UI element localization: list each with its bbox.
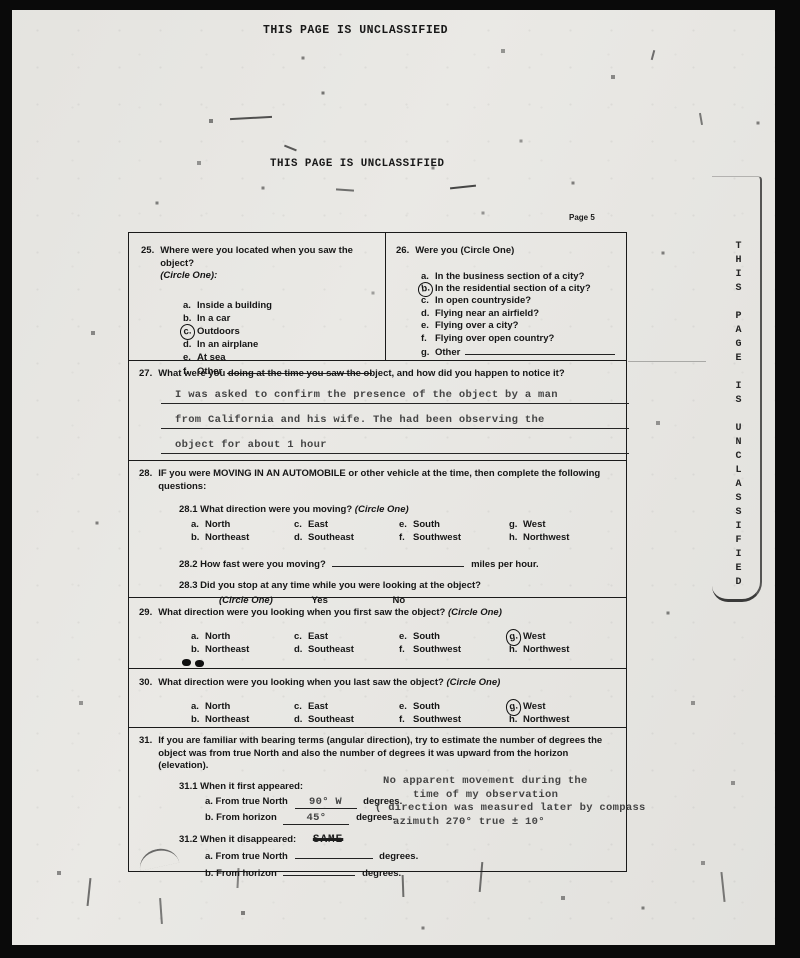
blank-line: [332, 557, 464, 567]
option-letter: a.: [421, 271, 435, 283]
option-label: Flying over open country?: [435, 333, 554, 344]
question-number: 31.2: [179, 834, 198, 845]
blank-line: [283, 866, 355, 876]
option-row: f.Southwest: [399, 531, 509, 545]
question-text: What direction were you looking when you…: [158, 677, 444, 688]
option-row: f.Southwest: [399, 713, 509, 727]
question-31-2: 31.2 When it disappeared: SAME: [179, 834, 618, 847]
question-number: 27.: [139, 368, 152, 381]
question-number: 28.3: [179, 580, 198, 591]
question-26-options: a.In the business section of a city? b.I…: [421, 271, 622, 360]
option-row: b.Northeast: [191, 713, 294, 727]
scanned-document-page: THIS PAGE IS UNCLASSIFIED THIS PAGE IS U…: [0, 0, 800, 958]
classification-header-top: THIS PAGE IS UNCLASSIFIED: [263, 25, 448, 37]
question-31: 31. If you are familiar with bearing ter…: [129, 728, 626, 873]
question-30: 30. What direction were you looking when…: [129, 669, 626, 728]
scan-border-bottom: [0, 945, 800, 958]
option-row: b.Northeast: [191, 531, 294, 545]
question-text: What were you doing at the time you saw …: [158, 368, 564, 379]
direction-options-29: a.North c.East e.South g.West b.Northeas…: [191, 630, 618, 657]
question-number: 28.: [139, 468, 152, 493]
question-number: 31.1: [179, 781, 198, 792]
option-letter: d.: [421, 308, 435, 320]
option-row: g.West: [509, 518, 618, 532]
scan-artifact: [182, 659, 191, 666]
option-letter: c.: [421, 295, 435, 307]
option-row: a.North: [191, 630, 294, 644]
question-27-answer: I was asked to confirm the presence of t…: [161, 381, 618, 454]
question-number: 31.: [139, 735, 152, 773]
option-row: d.In an airplane: [183, 338, 381, 351]
question-number: 25.: [141, 245, 154, 283]
option-label: Inside a building: [197, 300, 272, 311]
typed-answer-line: I was asked to confirm the presence of t…: [161, 381, 629, 404]
option-row: e.South: [399, 518, 509, 532]
classification-header-mid: THIS PAGE IS UNCLASSIFIED: [270, 158, 444, 170]
option-letter: e.: [421, 320, 435, 332]
option-label: In the residential section of a city?: [435, 283, 591, 294]
option-row: a.In the business section of a city?: [421, 271, 622, 283]
question-number: 28.1: [179, 504, 198, 515]
question-text: If you are familiar with bearing terms (…: [158, 735, 602, 771]
field-label: a. From true North: [205, 851, 288, 862]
typed-note-line: ( direction was measured later by compas…: [375, 802, 646, 816]
question-27: 27. What were you doing at the time you …: [129, 361, 626, 461]
option-row: d.Southeast: [294, 643, 399, 657]
question-number: 28.2: [179, 559, 198, 570]
scan-artifact: [628, 361, 706, 362]
option-row: c.In open countryside?: [421, 295, 622, 307]
circle-one-instruction: (Circle One): [448, 607, 502, 618]
scan-artifact: [195, 660, 204, 667]
typed-text: from California and his wife. The had be…: [175, 414, 545, 427]
option-row: d.Southeast: [294, 713, 399, 727]
typed-note-line: azimuth 270° true ± 10°: [393, 816, 646, 830]
option-row: c.Outdoors: [183, 325, 381, 338]
question-text: Were you (Circle One): [415, 245, 514, 256]
field-suffix: degrees.: [362, 868, 401, 879]
questionnaire-form: 25. Where were you located when you saw …: [128, 232, 627, 872]
typed-text: I was asked to confirm the presence of t…: [175, 389, 558, 402]
bearing-field-last-north: a. From true North degrees.: [205, 849, 618, 864]
option-letter: a.: [183, 299, 197, 312]
field-suffix: degrees.: [379, 851, 418, 862]
option-label: In an airplane: [197, 339, 258, 350]
option-row: a.North: [191, 518, 294, 532]
question-28: 28. IF you were MOVING IN AN AUTOMOBILE …: [129, 461, 626, 598]
typed-answer-line: object for about 1 hour: [161, 429, 629, 454]
question-29: 29. What direction were you looking when…: [129, 598, 626, 669]
page-number: Page 5: [569, 213, 595, 222]
option-row: c.East: [294, 630, 399, 644]
option-row: c.East: [294, 700, 399, 714]
circle-one-instruction: (Circle One): [355, 504, 409, 515]
option-row: f.Southwest: [399, 643, 509, 657]
question-28-1: 28.1 What direction were you moving? (Ci…: [179, 504, 618, 517]
typed-note-line: time of my observation: [413, 789, 646, 803]
option-row: h.Northwest: [509, 643, 618, 657]
blank-line: [465, 345, 615, 355]
scan-border-left: [0, 0, 12, 958]
direction-options-28: a.North c.East e.South g.West b.Northeas…: [191, 518, 618, 545]
question-text: What direction were you looking when you…: [158, 607, 445, 618]
typed-value: 90° W: [309, 796, 342, 808]
question-text: What direction were you moving?: [200, 504, 352, 515]
question-number: 30.: [139, 677, 152, 690]
option-row: e.South: [399, 700, 509, 714]
question-text: How fast were you moving?: [200, 559, 326, 570]
option-label: In open countryside?: [435, 295, 531, 306]
option-letter: b.: [183, 312, 197, 325]
option-row: b.Northeast: [191, 643, 294, 657]
circle-one-instruction: (Circle One): [446, 677, 500, 688]
option-label: Flying over a city?: [435, 320, 518, 331]
option-label: In a car: [197, 313, 230, 324]
option-row: g.West: [509, 700, 618, 714]
filled-blank: 45°: [283, 811, 349, 825]
bearing-field-last-horizon: b. From horizon degrees.: [205, 866, 618, 881]
field-label: b. From horizon: [205, 868, 277, 879]
option-row: a.Inside a building: [183, 299, 381, 312]
option-row: a.North: [191, 700, 294, 714]
option-row: h.Northwest: [509, 531, 618, 545]
question-text: IF you were MOVING IN AN AUTOMOBILE or o…: [158, 468, 600, 492]
field-label: b. From horizon: [205, 812, 277, 823]
question-text: When it disappeared:: [200, 834, 296, 845]
filled-blank: 90° W: [295, 795, 357, 809]
question-text: Where were you located when you saw the …: [160, 245, 353, 269]
typed-answer-line: from California and his wife. The had be…: [161, 404, 629, 429]
option-row: h.Northwest: [509, 713, 618, 727]
question-25: 25. Where were you located when you saw …: [129, 233, 386, 360]
struck-typed-value: SAME: [313, 834, 343, 846]
option-letter: f.: [421, 333, 435, 345]
circle-one-instruction: (Circle One):: [160, 270, 217, 281]
side-classification-vertical: THIS PAGE IS UNCLASSIFIED: [733, 241, 744, 581]
option-label: In the business section of a city?: [435, 271, 584, 282]
option-row: f.Flying over open country?: [421, 333, 622, 345]
blank-line: [295, 849, 373, 859]
field-suffix: miles per hour.: [471, 559, 539, 570]
question-28-3: 28.3 Did you stop at any time while you …: [179, 580, 618, 593]
typed-value: 45°: [307, 812, 327, 824]
direction-options-30: a.North c.East e.South g.West b.Northeas…: [191, 700, 618, 727]
question-number: 26.: [396, 245, 409, 258]
option-row: g.Other: [421, 345, 622, 359]
option-row: d.Southeast: [294, 531, 399, 545]
option-row: e.South: [399, 630, 509, 644]
typed-margin-notes: No apparent movement during the time of …: [375, 775, 646, 829]
option-label: Outdoors: [197, 326, 240, 337]
option-row: e.Flying over a city?: [421, 320, 622, 332]
field-label: a. From true North: [205, 796, 288, 807]
typed-note-line: No apparent movement during the: [383, 775, 646, 789]
option-label: Other: [435, 347, 460, 358]
option-letter: g.: [421, 347, 435, 359]
option-row: g.West: [509, 630, 618, 644]
form-row-25-26: 25. Where were you located when you saw …: [129, 233, 626, 361]
scan-border-top: [0, 0, 800, 10]
option-row: c.East: [294, 518, 399, 532]
question-26: 26. Were you (Circle One) a.In the busin…: [386, 233, 626, 360]
option-row: b.In a car: [183, 312, 381, 325]
question-number: 29.: [139, 607, 152, 620]
typed-text: object for about 1 hour: [175, 439, 327, 452]
option-label: Flying near an airfield?: [435, 308, 539, 319]
question-text: When it first appeared:: [200, 781, 303, 792]
question-text: Did you stop at any time while you were …: [200, 580, 481, 591]
question-28-2: 28.2 How fast were you moving? miles per…: [179, 557, 618, 572]
option-row: d.Flying near an airfield?: [421, 308, 622, 320]
option-row: b.In the residential section of a city?: [421, 283, 622, 295]
scan-border-right: [775, 0, 800, 958]
